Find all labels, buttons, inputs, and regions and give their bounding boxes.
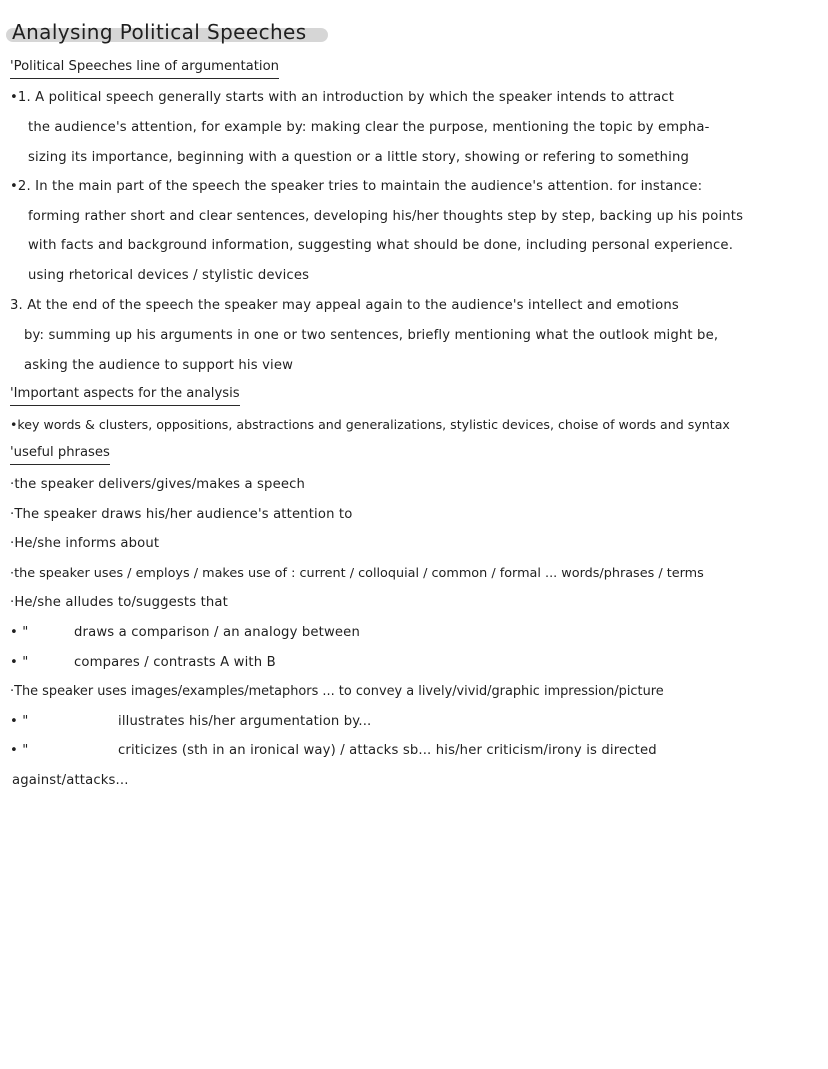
ditto-mark: • " <box>10 624 74 642</box>
point3-line2: by: summing up his arguments in one or t… <box>24 327 718 345</box>
phrase-continuation: against/attacks... <box>12 772 129 790</box>
section-heading-aspects: 'Important aspects for the analysis <box>10 385 240 406</box>
section-heading-phrases: 'useful phrases <box>10 444 110 465</box>
ditto-mark: • " <box>10 654 74 672</box>
phrase-ditto-item: • "draws a comparison / an analogy betwe… <box>10 624 360 642</box>
phrase-ditto-item: • "compares / contrasts A with B <box>10 654 276 672</box>
aspects-line: •key words & clusters, oppositions, abst… <box>10 416 730 434</box>
phrase-ditto-text: draws a comparison / an analogy between <box>74 625 360 640</box>
point1-line1: •1. A political speech generally starts … <box>10 89 674 107</box>
phrase-item: ·the speaker uses / employs / makes use … <box>10 565 704 583</box>
point1-line3: sizing its importance, beginning with a … <box>28 149 689 167</box>
ditto-mark: • " <box>10 713 118 731</box>
phrase-item: ·He/she informs about <box>10 535 159 553</box>
phrase-item: ·He/she alludes to/suggests that <box>10 594 228 612</box>
ditto-mark: • " <box>10 742 118 760</box>
phrase-item: ·the speaker delivers/gives/makes a spee… <box>10 476 305 494</box>
phrase-ditto-text: compares / contrasts A with B <box>74 655 276 670</box>
phrase-ditto-text: criticizes (sth in an ironical way) / at… <box>118 743 657 758</box>
point3-line1: 3. At the end of the speech the speaker … <box>10 297 679 315</box>
phrase-item: ·The speaker draws his/her audience's at… <box>10 506 352 524</box>
point2-line4: using rhetorical devices / stylistic dev… <box>28 267 309 285</box>
phrase-ditto-text: illustrates his/her argumentation by... <box>118 714 371 729</box>
point1-line2: the audience's attention, for example by… <box>28 119 709 137</box>
title-block: Analysing Political Speeches <box>6 22 328 46</box>
point2-line2: forming rather short and clear sentences… <box>28 208 743 226</box>
point2-line3: with facts and background information, s… <box>28 237 733 255</box>
notes-page: Analysing Political Speeches 'Political … <box>0 0 828 1069</box>
phrase-ditto-item: • "illustrates his/her argumentation by.… <box>10 713 371 731</box>
phrase-ditto-item: • "criticizes (sth in an ironical way) /… <box>10 742 657 760</box>
point2-line1: •2. In the main part of the speech the s… <box>10 178 702 196</box>
section-heading-argumentation: 'Political Speeches line of argumentatio… <box>10 58 279 79</box>
phrase-item-images: ·The speaker uses images/examples/metaph… <box>10 683 664 701</box>
page-title: Analysing Political Speeches <box>12 20 307 44</box>
point3-line3: asking the audience to support his view <box>24 357 293 375</box>
